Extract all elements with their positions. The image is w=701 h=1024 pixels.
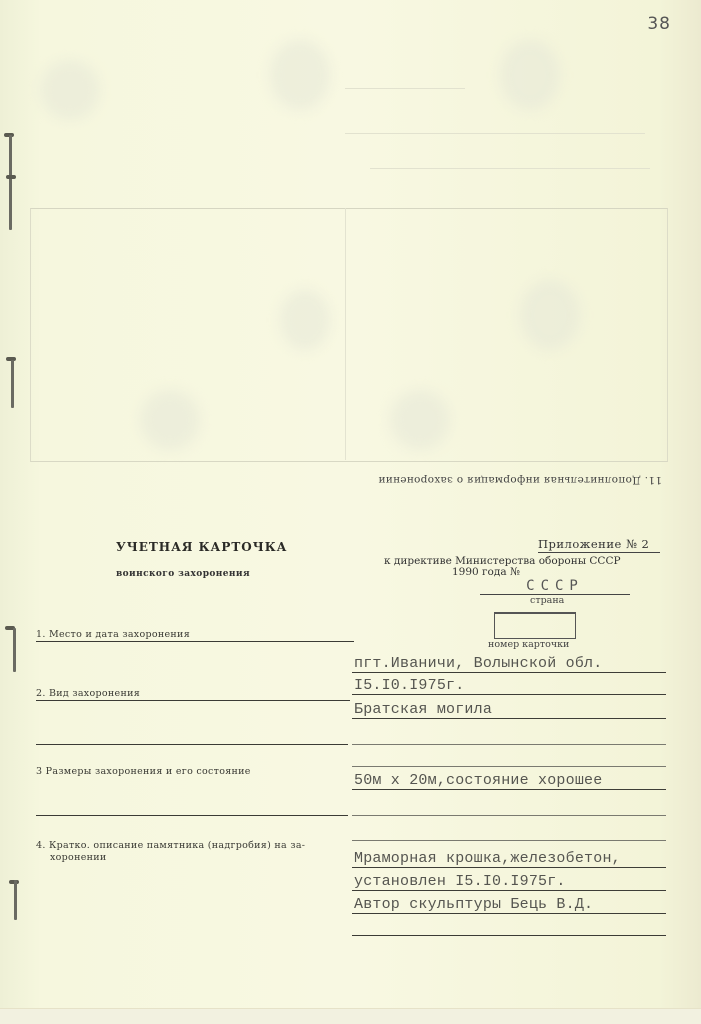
burial-date-value[interactable]: I5.I0.I975г. — [352, 677, 666, 695]
card-subtitle: воинского захоронения — [116, 569, 250, 579]
faint-rule — [370, 168, 650, 169]
staple-icon — [11, 360, 14, 408]
field-2-rule — [36, 700, 350, 701]
paper-stain — [270, 40, 330, 110]
faint-rule — [345, 88, 465, 89]
field-3-label: 3 Размеры захоронения и его состояние — [36, 766, 251, 777]
card-number-field[interactable] — [494, 612, 576, 639]
appendix-label: Приложение № 2 — [538, 537, 660, 553]
directive-year: 1990 года № — [452, 566, 520, 578]
staple-icon — [13, 628, 16, 672]
field-4-bottom-rule — [352, 935, 666, 936]
country-field[interactable]: СССР — [480, 578, 630, 595]
burial-type-value[interactable]: Братская могила — [352, 701, 666, 719]
field-2-label: 2. Вид захоронения — [36, 688, 140, 699]
field-3-rule-right — [352, 815, 666, 816]
field-2-extra-rule — [36, 744, 348, 745]
paper-bottom-edge — [0, 1008, 701, 1024]
paper-stain — [40, 60, 100, 120]
field-1-rule — [36, 641, 354, 642]
staple-icon — [14, 880, 17, 920]
page-number: 38 — [647, 14, 671, 34]
faint-rule — [345, 133, 645, 134]
staple-icon — [9, 135, 12, 230]
field-4-label-line-1: 4. Кратко. описание памятника (надгробия… — [36, 840, 305, 851]
paper-stain — [500, 40, 560, 110]
field-3-top-rule — [352, 766, 666, 767]
field-3-rule — [36, 815, 348, 816]
additional-info-label: 11. Дополнительная информация о захороне… — [390, 474, 662, 486]
staple-icon — [6, 175, 16, 179]
frame-divider — [345, 208, 346, 460]
field-1-label: 1. Место и дата захоронения — [36, 629, 190, 640]
field-4-top-rule — [352, 840, 666, 841]
country-caption: страна — [530, 595, 564, 606]
burial-place-value[interactable]: пгт.Иваничи, Волынской обл. — [352, 655, 666, 673]
additional-info-frame — [30, 208, 668, 462]
field-4-label-line-2: хоронении — [50, 852, 107, 863]
field-2-extra-rule-right — [352, 744, 666, 745]
monument-description-line-1[interactable]: Мраморная крошка,железобетон, — [352, 850, 666, 868]
card-number-caption: номер карточки — [488, 639, 569, 650]
monument-description-line-2[interactable]: установлен I5.I0.I975г. — [352, 873, 666, 891]
monument-description-line-3[interactable]: Автор скульптуры Бець В.Д. — [352, 896, 666, 914]
card-title: УЧЕТНАЯ КАРТОЧКА — [116, 540, 287, 554]
burial-size-value[interactable]: 50м х 20м,состояние хорошее — [352, 772, 666, 790]
